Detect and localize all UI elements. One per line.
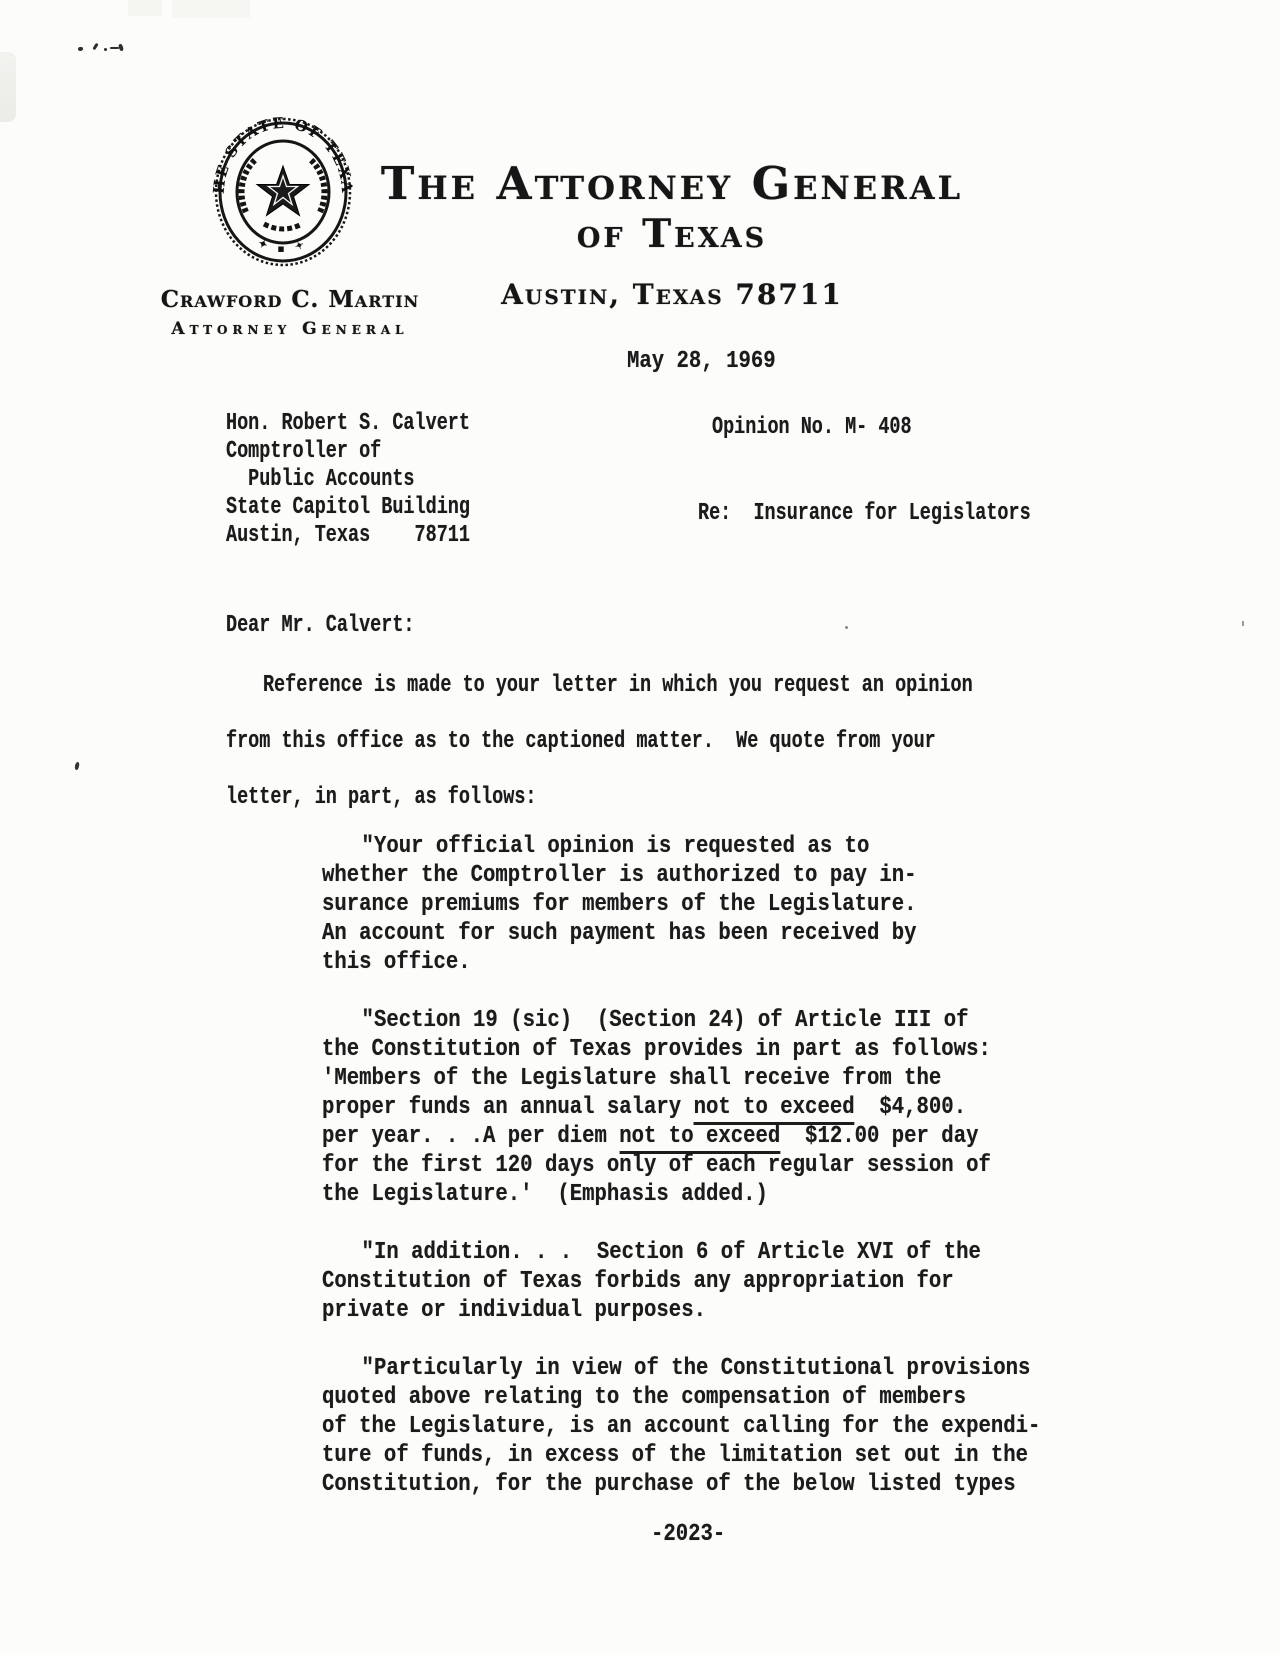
text-line: "Your official opinion is requested as t…	[322, 832, 1040, 861]
text-line: 'Members of the Legislature shall receiv…	[322, 1064, 1040, 1093]
text-segment: ture of funds, in excess of the limitati…	[322, 1442, 1028, 1469]
official-title: Attorney General	[130, 319, 450, 339]
text-line: from this office as to the captioned mat…	[226, 714, 973, 770]
scan-artifact-rectangle	[128, 0, 162, 16]
text-line: Comptroller of	[226, 438, 470, 466]
text-segment: $4,800.	[855, 1094, 966, 1121]
quoted-paragraph: "Your official opinion is requested as t…	[322, 832, 1040, 977]
letterhead-title-line2: of Texas	[372, 212, 972, 256]
text-segment: private or individual purposes.	[322, 1297, 706, 1324]
text-segment: of the Legislature, is an account callin…	[322, 1413, 1040, 1440]
text-segment: proper funds an annual salary	[322, 1094, 694, 1121]
salutation: Dear Mr. Calvert:	[226, 612, 415, 639]
texas-state-seal-icon: THE STATE OF TEXAS ✦ ▪ ✦	[212, 116, 354, 268]
text-line: "Section 19 (sic) (Section 24) of Articl…	[322, 1006, 1040, 1035]
text-segment: quoted above relating to the compensatio…	[322, 1384, 966, 1411]
text-line: Austin, Texas 78711	[226, 522, 470, 550]
scan-artifact-speck	[92, 43, 98, 51]
quoted-paragraph: "Particularly in view of the Constitutio…	[322, 1354, 1040, 1499]
text-line: Hon. Robert S. Calvert	[226, 410, 470, 438]
text-segment: the Constitution of Texas provides in pa…	[322, 1036, 991, 1063]
text-line: Reference is made to your letter in whic…	[226, 658, 973, 714]
scan-artifact-speck	[110, 47, 119, 49]
text-segment: Comptroller of	[226, 438, 381, 465]
text-segment: whether the Comptroller is authorized to…	[322, 862, 917, 889]
text-segment: Austin, Texas 78711	[226, 522, 470, 549]
document-page: THE STATE OF TEXAS ✦ ▪ ✦ The Attorney Ge…	[0, 0, 1280, 1655]
scan-artifact-smudge	[0, 52, 16, 122]
subject-line: Re: Insurance for Legislators	[698, 500, 1031, 527]
text-segment: this office.	[322, 949, 471, 976]
opinion-number: Opinion No. M- 408	[712, 414, 912, 441]
text-segment: State Capitol Building	[226, 494, 470, 521]
text-line: "Particularly in view of the Constitutio…	[322, 1354, 1040, 1383]
text-line: "In addition. . . Section 6 of Article X…	[322, 1238, 1040, 1267]
text-line: surance premiums for members of the Legi…	[322, 890, 1040, 919]
text-line: quoted above relating to the compensatio…	[322, 1383, 1040, 1412]
scan-artifact-speck	[78, 47, 83, 51]
text-line: Constitution of Texas forbids any approp…	[322, 1267, 1040, 1296]
scan-artifact-dot	[1242, 621, 1244, 626]
scan-artifact-dot	[845, 626, 848, 629]
text-segment: 'Members of the Legislature shall receiv…	[322, 1065, 941, 1092]
scan-artifact-mark	[74, 762, 80, 771]
underlined-text: not to exceed	[694, 1094, 855, 1125]
svg-text:✦ ▪ ✦: ✦ ▪ ✦	[256, 236, 310, 255]
official-name: Crawford C. Martin	[130, 286, 450, 313]
attorney-general-name-block: Crawford C. Martin Attorney General	[130, 286, 450, 339]
text-line: the Constitution of Texas provides in pa…	[322, 1035, 1040, 1064]
text-segment: for the first 120 days only of each regu…	[322, 1152, 991, 1179]
text-segment: Hon. Robert S. Calvert	[226, 410, 470, 437]
text-line: Constitution, for the purchase of the be…	[322, 1470, 1040, 1499]
text-segment: letter, in part, as follows:	[226, 784, 537, 811]
scan-artifact-speck	[104, 48, 107, 51]
text-line: Public Accounts	[226, 466, 470, 494]
text-segment: Public Accounts	[226, 466, 415, 493]
scan-artifact-rectangle	[172, 0, 250, 18]
text-line: for the first 120 days only of each regu…	[322, 1151, 1040, 1180]
text-line: letter, in part, as follows:	[226, 770, 973, 826]
letterhead-title-line1: The Attorney General	[372, 158, 972, 210]
text-line: An account for such payment has been rec…	[322, 919, 1040, 948]
letterhead-city-line: Austin, Texas 78711	[372, 278, 972, 311]
text-segment: surance premiums for members of the Legi…	[322, 891, 917, 918]
text-line: whether the Comptroller is authorized to…	[322, 861, 1040, 890]
text-line: State Capitol Building	[226, 494, 470, 522]
seal-graphic: THE STATE OF TEXAS ✦ ▪ ✦	[212, 116, 354, 268]
text-segment: the Legislature.' (Emphasis added.)	[322, 1181, 768, 1208]
text-segment: per year. . .A per diem	[322, 1123, 619, 1150]
recipient-address: Hon. Robert S. CalvertComptroller of Pub…	[226, 410, 470, 550]
text-line: ture of funds, in excess of the limitati…	[322, 1441, 1040, 1470]
text-line: proper funds an annual salary not to exc…	[322, 1093, 1040, 1122]
quoted-paragraph: "Section 19 (sic) (Section 24) of Articl…	[322, 1006, 1040, 1209]
text-line: per year. . .A per diem not to exceed $1…	[322, 1122, 1040, 1151]
quoted-paragraph: "In addition. . . Section 6 of Article X…	[322, 1238, 1040, 1325]
text-segment: "Particularly in view of the Constitutio…	[362, 1355, 1031, 1382]
text-line: of the Legislature, is an account callin…	[322, 1412, 1040, 1441]
underlined-text: not to exceed	[619, 1123, 780, 1154]
text-segment: Reference is made to your letter in whic…	[263, 672, 973, 699]
text-segment: from this office as to the captioned mat…	[226, 728, 936, 755]
letter-date: May 28, 1969	[627, 348, 776, 375]
text-line: private or individual purposes.	[322, 1296, 1040, 1325]
text-segment: "In addition. . . Section 6 of Article X…	[362, 1239, 981, 1266]
text-segment: "Section 19 (sic) (Section 24) of Articl…	[362, 1007, 969, 1034]
text-segment: Constitution, for the purchase of the be…	[322, 1471, 1016, 1498]
text-line: this office.	[322, 948, 1040, 977]
text-segment: An account for such payment has been rec…	[322, 920, 917, 947]
text-line: the Legislature.' (Emphasis added.)	[322, 1180, 1040, 1209]
quoted-excerpt: "Your official opinion is requested as t…	[322, 832, 1040, 1528]
page-number: -2023-	[651, 1521, 725, 1548]
text-segment: Constitution of Texas forbids any approp…	[322, 1268, 954, 1295]
text-segment: $12.00 per day	[780, 1123, 978, 1150]
scan-artifact-speck	[118, 44, 124, 52]
letterhead: The Attorney General of Texas Austin, Te…	[372, 158, 972, 311]
intro-paragraph: Reference is made to your letter in whic…	[226, 658, 973, 826]
text-segment: "Your official opinion is requested as t…	[362, 833, 870, 860]
